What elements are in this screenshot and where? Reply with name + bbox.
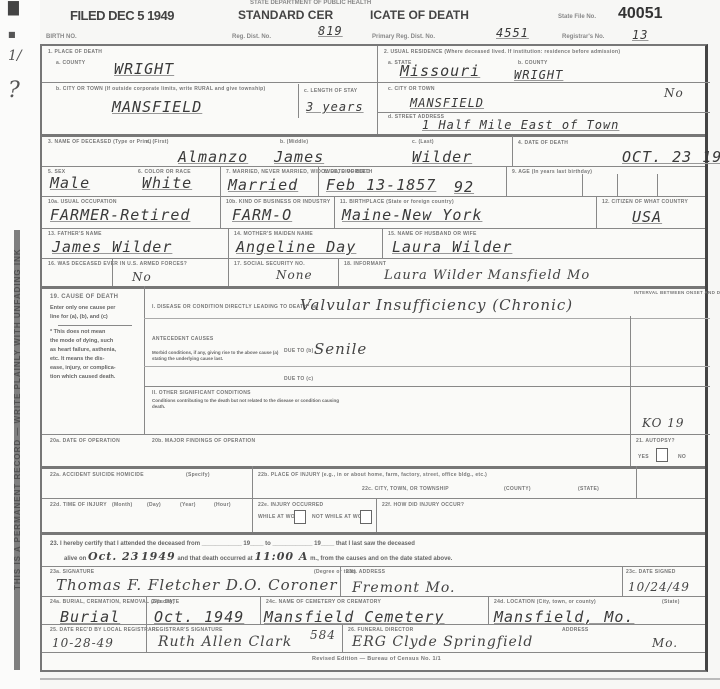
- usual-residence-label: 2. USUAL RESIDENCE (Where deceased lived…: [384, 49, 620, 55]
- operation-findings-label: 20b. MAJOR FINDINGS OF OPERATION: [152, 438, 255, 444]
- other-conditions-note: Conditions contributing to the death but…: [152, 398, 352, 410]
- title-left: STANDARD CER: [238, 8, 333, 22]
- injury-how-label: 22f. HOW DID INJURY OCCUR?: [382, 502, 464, 508]
- divider: [144, 286, 146, 434]
- margin-mark-2: ?: [8, 78, 20, 103]
- divider: [582, 174, 584, 196]
- accident-specify-label: (Specify): [186, 472, 210, 478]
- physician-address-label: 23b. ADDRESS: [346, 569, 385, 575]
- last-name-value: Wilder: [412, 148, 472, 166]
- spouse-label: 15. NAME OF HUSBAND OR WIFE: [388, 231, 477, 237]
- first-name-label: a. (First): [146, 139, 169, 145]
- date-signed-label: 23c. DATE SIGNED: [626, 569, 676, 575]
- res-city-label: c. CITY OR TOWN: [388, 86, 435, 92]
- instruction-line: * This does not mean: [50, 328, 140, 337]
- rule: [42, 82, 377, 83]
- registrar-no-label: Registrar's No.: [562, 34, 604, 40]
- armed-forces-label: 16. WAS DECEASED EVER IN U.S. ARMED FORC…: [48, 261, 187, 267]
- reg-dist-label: Reg. Dist. No.: [232, 34, 271, 40]
- funeral-address-value: Mo.: [652, 636, 678, 650]
- divider: [488, 596, 490, 624]
- father-label: 13. FATHER'S NAME: [48, 231, 102, 237]
- due-to-b-label: DUE TO (b): [284, 348, 314, 354]
- primary-reg-label: Primary Reg. Dist. No.: [372, 34, 435, 40]
- birthplace-label: 11. BIRTHPLACE (State or foreign country…: [340, 199, 454, 205]
- rule: [42, 258, 705, 259]
- title-right: ICATE OF DEATH: [370, 8, 469, 22]
- injury-place-label: 22b. PLACE OF INJURY (e.g., in or about …: [258, 472, 487, 478]
- alive-on-value: Oct. 23: [88, 550, 139, 563]
- rule-parents: [42, 228, 705, 229]
- rule-certification: [42, 532, 705, 535]
- armed-forces-value: No: [132, 270, 152, 284]
- injury-city-label: 22c. CITY, TOWN, OR TOWNSHIP: [362, 486, 449, 492]
- res-city-value: MANSFIELD: [410, 96, 484, 110]
- burial-date-label: 24b. DATE: [152, 599, 179, 605]
- antecedent-label: ANTECEDENT CAUSES: [152, 336, 214, 342]
- due-to-c-label: DUE TO (c): [284, 376, 313, 382]
- middle-name-value: James: [274, 148, 324, 166]
- state-file-number: 40051: [618, 5, 663, 23]
- injury-year-label: (Year): [180, 502, 196, 508]
- accident-type-label: 22a. ACCIDENT SUICIDE HOMICIDE: [50, 472, 144, 478]
- rule-registrar: [42, 624, 705, 625]
- while-at-work-checkbox[interactable]: [294, 510, 306, 524]
- divider: [260, 596, 262, 624]
- citizen-value: USA: [632, 208, 662, 226]
- divider: [512, 136, 514, 166]
- death-certificate-page: ▇ ■ 1/ ? THIS IS A PERMANENT RECORD — WR…: [0, 0, 720, 689]
- industry-label: 10b. KIND OF BUSINESS OR INDUSTRY: [226, 199, 330, 205]
- injury-county-label: (COUNTY): [504, 486, 531, 492]
- rule: [144, 386, 710, 387]
- autopsy-no-label: NO: [678, 454, 686, 460]
- interval-label: INTERVAL BETWEEN ONSET AND DEATH: [634, 290, 720, 295]
- rule-cause: [42, 286, 705, 289]
- divider: [298, 84, 300, 118]
- certification-line-2: alive on Oct. 23 1949 and that death occ…: [64, 552, 452, 564]
- length-stay-value: 3 years: [306, 100, 364, 114]
- divider-place-residence: [377, 46, 379, 134]
- divider: [630, 316, 632, 466]
- margin-corner-mark: ▇: [8, 0, 19, 16]
- father-value: James Wilder: [52, 238, 172, 256]
- death-occurred-label: and that death occurred at: [177, 556, 252, 562]
- rule-accident: [42, 466, 705, 469]
- divider: [382, 228, 384, 258]
- divider: [657, 174, 659, 196]
- registrar-number: 13: [632, 28, 648, 42]
- funeral-director-label: 26. FUNERAL DIRECTOR: [348, 627, 414, 633]
- date-filed-value: 10-28-49: [52, 636, 114, 650]
- divider: [252, 466, 254, 498]
- margin-bar: [14, 230, 20, 670]
- injury-month-label: (Month): [112, 502, 132, 508]
- certificate-form: 1. PLACE OF DEATH a. COUNTY WRIGHT b. CI…: [40, 44, 708, 672]
- informant-value: Laura Wilder Mansfield Mo: [384, 268, 590, 283]
- divider: [228, 228, 230, 286]
- burial-location-label: 24d. LOCATION (City, town, or county): [494, 599, 596, 605]
- rule: [630, 434, 710, 435]
- instruction-line: Enter only one cause per: [50, 304, 140, 313]
- res-state-value: Missouri: [400, 62, 480, 80]
- registrar-signature: Ruth Allen Clark: [158, 634, 292, 650]
- physician-signature: Thomas F. Fletcher D.O. Coroner: [56, 576, 338, 594]
- date-of-death-value: OCT. 23 1949: [622, 148, 720, 166]
- divider: [636, 466, 638, 498]
- ss-value: None: [276, 268, 313, 282]
- mother-label: 14. MOTHER'S MAIDEN NAME: [234, 231, 313, 237]
- registrar-signature-label: REGISTRAR'S SIGNATURE: [152, 627, 223, 633]
- res-county-value: WRIGHT: [514, 68, 563, 82]
- operation-date-label: 20a. DATE OF OPERATION: [50, 438, 120, 444]
- marital-value: Married: [228, 176, 298, 194]
- informant-label: 18. INFORMANT: [344, 261, 386, 267]
- signature-label: 23a. SIGNATURE: [50, 569, 94, 575]
- rule-burial: [42, 596, 705, 597]
- page-bottom-edge: [40, 678, 720, 680]
- occupation-label: 10a. USUAL OCCUPATION: [48, 199, 117, 205]
- funeral-address-label: ADDRESS: [562, 627, 589, 633]
- funeral-director-value: ERG Clyde Springfield: [352, 634, 533, 650]
- instruction-line: ease, injury, or complica-: [50, 364, 140, 373]
- birth-date-label: 8. DATE OF BIRTH: [324, 169, 373, 175]
- place-of-death-label: 1. PLACE OF DEATH: [48, 49, 102, 55]
- autopsy-yes-label: YES: [638, 454, 649, 460]
- name-label: 3. NAME OF DECEASED (Type or Print): [48, 139, 151, 145]
- death-county-label: a. COUNTY: [56, 60, 85, 66]
- industry-value: FARM-O: [232, 206, 292, 224]
- physician-address-value: Fremont Mo.: [352, 580, 455, 596]
- autopsy-yes-checkbox[interactable]: [656, 448, 668, 462]
- injury-time-label: 22d. TIME OF INJURY: [50, 502, 107, 508]
- primary-reg-number: 4551: [496, 26, 529, 40]
- res-address-value: 1 Half Mile East of Town: [422, 118, 619, 132]
- divider: [622, 566, 624, 596]
- death-city-label: b. CITY OR TOWN (If outside corporate li…: [56, 86, 265, 92]
- dept-heading: STATE DEPARTMENT OF PUBLIC HEALTH: [250, 0, 371, 6]
- rule-operation: [42, 434, 632, 435]
- first-name-value: Almanzo: [178, 148, 248, 166]
- date-filed-label: 25. DATE REC'D BY LOCAL REGISTRAR: [50, 627, 156, 633]
- footer-note: Revised Edition — Bureau of Census No. 1…: [312, 656, 441, 662]
- instruction-line: line for (a), (b), and (c): [50, 313, 140, 322]
- other-conditions-label: II. OTHER SIGNIFICANT CONDITIONS: [152, 390, 251, 396]
- filed-stamp: FILED DEC 5 1949: [70, 8, 174, 23]
- age-label: 9. AGE (In years last birthday): [512, 169, 592, 175]
- divider: [252, 498, 254, 532]
- date-signed-value: 10/24/49: [628, 580, 690, 594]
- citizen-label: 12. CITIZEN OF WHAT COUNTRY: [602, 199, 688, 205]
- alive-on-year: 1949: [141, 550, 176, 563]
- ss-label: 17. SOCIAL SECURITY NO.: [234, 261, 305, 267]
- death-county-value: WRIGHT: [114, 60, 174, 78]
- date-of-death-label: 4. DATE OF DEATH: [518, 140, 568, 146]
- state-file-label: State File No.: [558, 14, 596, 20]
- occupation-value: FARMER-Retired: [50, 206, 190, 224]
- birthplace-value: Maine-New York: [342, 206, 482, 224]
- birth-no-label: BIRTH NO.: [46, 34, 77, 40]
- instruction-line: as heart failure, asthenia,: [50, 346, 140, 355]
- rule-personal: [42, 166, 705, 167]
- alive-on-label: alive on: [64, 556, 86, 562]
- margin-dot: ■: [8, 30, 16, 39]
- rule-signature: [42, 566, 705, 567]
- res-county-label: b. COUNTY: [518, 60, 548, 66]
- instruction-line: etc. It means the dis-: [50, 355, 140, 364]
- burial-state-label: (State): [662, 599, 680, 605]
- divider: [338, 258, 340, 286]
- divider: [334, 196, 336, 228]
- divider: [220, 166, 222, 228]
- divider: [596, 196, 598, 228]
- divider: [506, 166, 508, 196]
- divider: [318, 166, 320, 196]
- interval-value: KO 19: [642, 416, 685, 430]
- cause-label: 19. CAUSE OF DEATH: [50, 294, 118, 300]
- race-value: White: [142, 174, 192, 192]
- death-city-value: MANSFIELD: [112, 98, 202, 116]
- death-time-value: 11:00 A: [254, 550, 308, 563]
- injury-hour-label: (Hour): [214, 502, 231, 508]
- instruction-line: tion which caused death.: [50, 373, 140, 382]
- rule-occupation: [42, 196, 705, 197]
- rule: [144, 366, 710, 367]
- injury-day-label: (Day): [147, 502, 161, 508]
- autopsy-label: 21. AUTOPSY?: [636, 438, 675, 444]
- rule-name: [42, 134, 705, 137]
- certification-suffix: m., from the causes and on the date stat…: [310, 556, 452, 562]
- immediate-cause-label: I. DISEASE OR CONDITION DIRECTLY LEADING…: [152, 304, 318, 310]
- age-value: 92: [454, 178, 474, 196]
- rule: [42, 498, 705, 499]
- certification-line-1: 23. I hereby certify that I attended the…: [50, 540, 415, 549]
- rule-footer: [42, 652, 705, 653]
- rule: [144, 318, 710, 319]
- divider: [342, 624, 344, 652]
- injury-state-label: (STATE): [578, 486, 599, 492]
- res-check-mark: No: [664, 86, 684, 100]
- margin-mark-1: 1/: [8, 48, 22, 64]
- due-to-b-value: Senile: [314, 340, 367, 358]
- cause-instructions: Enter only one cause per line for (a), (…: [50, 304, 140, 382]
- birth-date-value: Feb 13-1857: [326, 176, 436, 194]
- antecedent-note: Morbid conditions, if any, giving rise t…: [152, 350, 282, 362]
- sex-value: Male: [50, 174, 90, 192]
- reg-dist-number: 819: [318, 24, 343, 38]
- funeral-number: 584: [310, 628, 336, 642]
- divider: [617, 174, 619, 196]
- injury-work-label: 22e. INJURY OCCURRED: [258, 502, 323, 508]
- divider: [112, 258, 114, 286]
- instruction-divider: [58, 325, 132, 326]
- immediate-cause-value: Valvular Insufficiency (Chronic): [300, 296, 573, 314]
- divider: [376, 498, 378, 532]
- length-stay-label: c. LENGTH OF STAY: [304, 88, 357, 94]
- instruction-line: the mode of dying, such: [50, 337, 140, 346]
- mother-value: Angeline Day: [236, 238, 356, 256]
- cemetery-label: 24c. NAME OF CEMETERY OR CREMATORY: [266, 599, 381, 605]
- spouse-value: Laura Wilder: [392, 238, 512, 256]
- middle-name-label: b. (Middle): [280, 139, 308, 145]
- left-margin: ▇ ■ 1/ ? THIS IS A PERMANENT RECORD — WR…: [0, 0, 40, 689]
- divider: [340, 566, 342, 596]
- last-name-label: c. (Last): [412, 139, 434, 145]
- not-at-work-checkbox[interactable]: [360, 510, 372, 524]
- rule: [377, 112, 710, 113]
- rule: [377, 82, 710, 83]
